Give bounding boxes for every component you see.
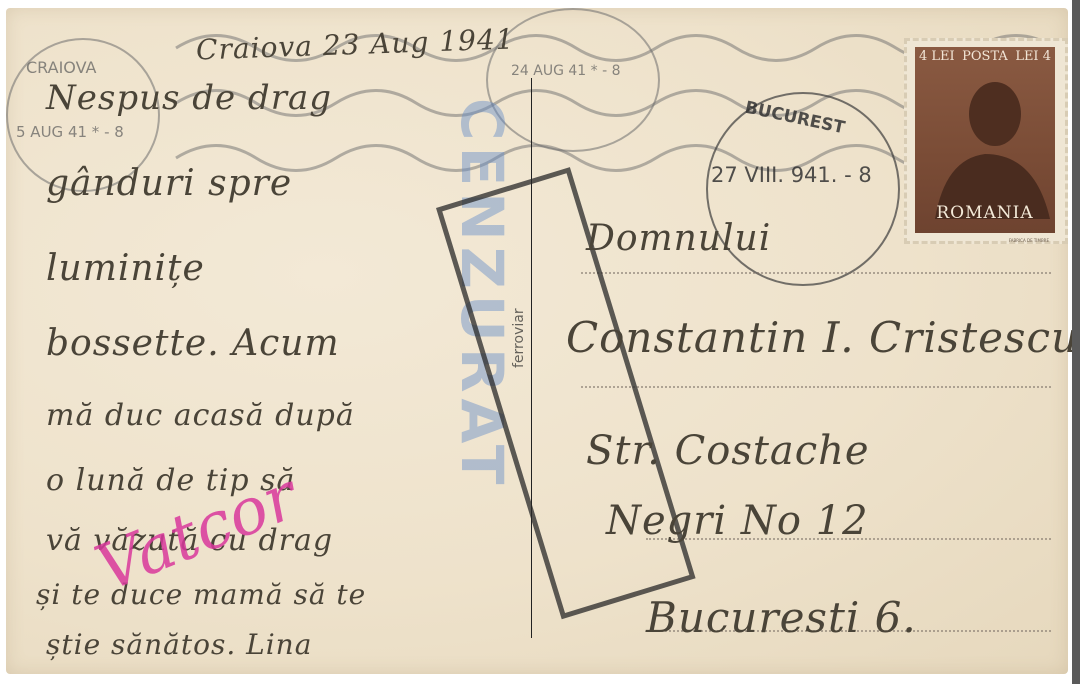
message-line-3: luminițe bbox=[46, 248, 205, 289]
postage-stamp: 4 LEI POSTA LEI 4 ROMANIA FABRICA DE TIM… bbox=[904, 38, 1068, 244]
postmark-craiova-city: CRAIOVA bbox=[26, 58, 96, 77]
message-line-8: și te duce mamă să te bbox=[36, 578, 366, 611]
stamp-label: POSTA bbox=[962, 49, 1008, 64]
address-city: Bucuresti 6. bbox=[646, 593, 917, 642]
stamp-image: 4 LEI POSTA LEI 4 ROMANIA FABRICA DE TIM… bbox=[915, 47, 1055, 233]
postmark-middle-date: 24 AUG 41 * - 8 bbox=[511, 63, 621, 79]
address-salutation: Domnului bbox=[586, 218, 771, 259]
address-number: Negri No 12 bbox=[606, 498, 869, 544]
address-line-2 bbox=[581, 386, 1051, 388]
address-name: Constantin I. Cristescu bbox=[566, 313, 1079, 362]
postmark-craiova-date: 5 AUG 41 * - 8 bbox=[16, 123, 124, 141]
stamp-country: ROMANIA bbox=[915, 203, 1055, 223]
message-line-1: Nespus de drag bbox=[46, 78, 332, 118]
message-line-2: gânduri spre bbox=[46, 163, 292, 204]
address-street: Str. Costache bbox=[586, 428, 870, 474]
message-line-5: mă duc acasă după bbox=[46, 398, 355, 433]
stamp-header: 4 LEI POSTA LEI 4 bbox=[915, 49, 1055, 64]
postmark-bucurest-date: 27 VIII. 941. - 8 bbox=[711, 163, 872, 187]
scan-edge bbox=[1072, 0, 1080, 684]
king-portrait-icon bbox=[915, 69, 1055, 219]
stamp-value-left: 4 LEI bbox=[919, 49, 955, 64]
message-line-4: bossette. Acum bbox=[46, 323, 340, 364]
postcard: CRAIOVA 5 AUG 41 * - 8 24 AUG 41 * - 8 B… bbox=[6, 8, 1068, 674]
message-line-9: știe sănătos. Lina bbox=[46, 628, 312, 661]
censor-box-text: ferroviar bbox=[511, 308, 527, 368]
address-line-1 bbox=[581, 272, 1051, 274]
stamp-printer: FABRICA DE TIMBRE bbox=[1009, 238, 1049, 243]
stamp-value-right: LEI 4 bbox=[1015, 49, 1051, 64]
